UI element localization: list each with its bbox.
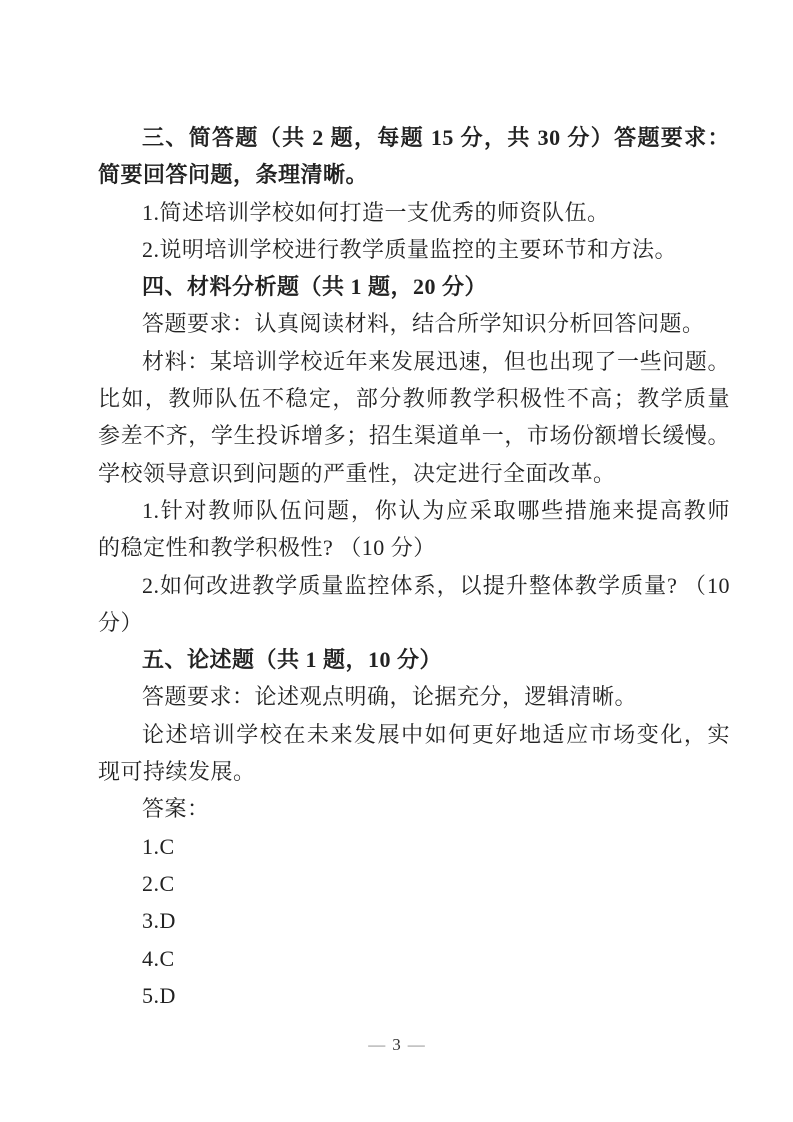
document-line: 4.C bbox=[98, 940, 730, 977]
document-line: 参差不齐，学生投诉增多；招生渠道单一，市场份额增长缓慢。 bbox=[98, 417, 730, 454]
document-line: 2.说明培训学校进行教学质量监控的主要环节和方法。 bbox=[98, 231, 730, 268]
footer-dash-right: — bbox=[408, 1035, 425, 1054]
document-body: 三、简答题（共 2 题，每题 15 分，共 30 分）答题要求：简要回答问题，条… bbox=[98, 119, 730, 1014]
document-line: 2.如何改进教学质量监控体系，以提升整体教学质量? （10 bbox=[98, 567, 730, 604]
document-line: 1.简述培训学校如何打造一支优秀的师资队伍。 bbox=[98, 194, 730, 231]
document-page: 三、简答题（共 2 题，每题 15 分，共 30 分）答题要求：简要回答问题，条… bbox=[0, 0, 793, 1122]
document-line: 1.C bbox=[98, 828, 730, 865]
document-line: 分） bbox=[98, 604, 730, 641]
document-line: 五、论述题（共 1 题，10 分） bbox=[98, 641, 730, 678]
document-line: 5.D bbox=[98, 977, 730, 1014]
document-line: 学校领导意识到问题的严重性，决定进行全面改革。 bbox=[98, 455, 730, 492]
footer-dash-left: — bbox=[368, 1035, 385, 1054]
document-line: 三、简答题（共 2 题，每题 15 分，共 30 分）答题要求： bbox=[98, 119, 730, 156]
document-line: 答题要求：认真阅读材料，结合所学知识分析回答问题。 bbox=[98, 305, 730, 342]
document-line: 比如，教师队伍不稳定，部分教师教学积极性不高；教学质量 bbox=[98, 380, 730, 417]
document-line: 3.D bbox=[98, 902, 730, 939]
document-line: 简要回答问题，条理清晰。 bbox=[98, 156, 730, 193]
document-line: 论述培训学校在未来发展中如何更好地适应市场变化，实 bbox=[98, 716, 730, 753]
page-number: 3 bbox=[392, 1035, 401, 1054]
document-line: 四、材料分析题（共 1 题，20 分） bbox=[98, 268, 730, 305]
document-line: 答题要求：论述观点明确，论据充分，逻辑清晰。 bbox=[98, 678, 730, 715]
document-line: 的稳定性和教学积极性? （10 分） bbox=[98, 529, 730, 566]
page-footer: —3— bbox=[0, 1030, 793, 1060]
document-line: 材料：某培训学校近年来发展迅速，但也出现了一些问题。 bbox=[98, 343, 730, 380]
document-line: 答案： bbox=[98, 790, 730, 827]
document-line: 现可持续发展。 bbox=[98, 753, 730, 790]
document-line: 1.针对教师队伍问题，你认为应采取哪些措施来提高教师 bbox=[98, 492, 730, 529]
document-line: 2.C bbox=[98, 865, 730, 902]
